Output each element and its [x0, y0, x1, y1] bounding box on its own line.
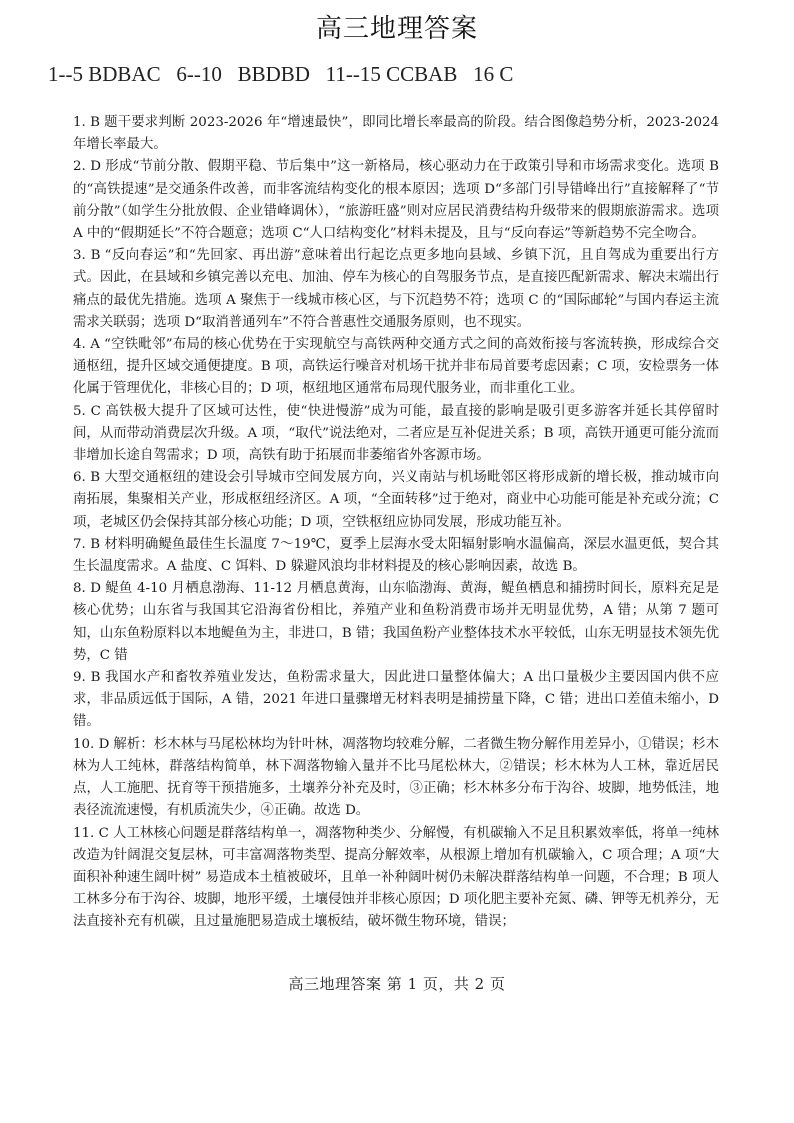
- explanation-label: 9. B: [73, 670, 100, 685]
- page-title: 高三地理答案: [0, 8, 794, 45]
- explanation-9: 9. B我国水产和畜牧养殖业发达，鱼粉需求量大，因此进口量整体偏大；A 出口量极…: [73, 667, 719, 734]
- explanation-text: 高铁极大提升了区域可达性，使“快进慢游”成为可能，最直接的影响是吸引更多游客并延…: [73, 404, 719, 463]
- explanation-8: 8. D鳀鱼 4-10 月栖息渤海、11-12 月栖息黄海，山东临渤海、黄海，鳀…: [73, 578, 719, 667]
- explanation-text: 我国水产和畜牧养殖业发达，鱼粉需求量大，因此进口量整体偏大；A 出口量极少主要因…: [73, 670, 719, 729]
- explanation-3: 3. B“反向春运”和“先回家、再出游”意味着出行起讫点更多地向县域、乡镇下沉，…: [73, 245, 719, 334]
- explanation-11: 11. C人工林核心问题是群落结构单一，凋落物种类少、分解慢，有机碳输入不足且积…: [73, 823, 719, 934]
- explanation-text: 形成“节前分散、假期平稳、节后集中”这一新格局，核心驱动力在于政策引导和市场需求…: [73, 159, 719, 241]
- explanation-label: 11. C: [73, 826, 109, 841]
- explanation-2: 2. D形成“节前分散、假期平稳、节后集中”这一新格局，核心驱动力在于政策引导和…: [73, 156, 719, 245]
- explanation-10: 10. D解析：杉木林与马尾松林均为针叶林，凋落物均较难分解，二者微生物分解作用…: [73, 734, 719, 823]
- answer-key-line: 1--5 BDBAC 6--10 BBDBD 11--15 CCBAB 16 C: [48, 62, 513, 87]
- page-footer: 高三地理答案 第 1 页，共 2 页: [0, 973, 794, 994]
- explanation-label: 10. D: [73, 737, 109, 752]
- explanation-5: 5. C高铁极大提升了区域可达性，使“快进慢游”成为可能，最直接的影响是吸引更多…: [73, 401, 719, 468]
- explanation-text: “空铁毗邻”布局的核心优势在于实现航空与高铁两种交通方式之间的高效衔接与客流转换…: [73, 337, 719, 396]
- explanation-label: 1. B: [73, 115, 100, 130]
- explanation-label: 5. C: [73, 404, 101, 419]
- explanation-text: 鳀鱼 4-10 月栖息渤海、11-12 月栖息黄海，山东临渤海、黄海，鳀鱼栖息和…: [73, 581, 719, 663]
- explanation-text: “反向春运”和“先回家、再出游”意味着出行起讫点更多地向县域、乡镇下沉，且自驾成…: [73, 248, 719, 330]
- explanation-label: 2. D: [73, 159, 101, 174]
- explanation-label: 3. B: [73, 248, 100, 263]
- explanation-1: 1. B题干要求判断 2023-2026 年“增速最快”，即同比增长率最高的阶段…: [73, 112, 719, 156]
- explanation-label: 4. A: [73, 337, 100, 352]
- explanation-text: 题干要求判断 2023-2026 年“增速最快”，即同比增长率最高的阶段。结合图…: [73, 115, 719, 152]
- explanation-6: 6. B大型交通枢纽的建设会引导城市空间发展方向，兴义南站与机场毗邻区将形成新的…: [73, 467, 719, 534]
- explanation-label: 8. D: [73, 581, 101, 596]
- explanation-4: 4. A“空铁毗邻”布局的核心优势在于实现航空与高铁两种交通方式之间的高效衔接与…: [73, 334, 719, 401]
- explanations: 1. B题干要求判断 2023-2026 年“增速最快”，即同比增长率最高的阶段…: [73, 112, 719, 934]
- explanation-text: 人工林核心问题是群落结构单一，凋落物种类少、分解慢，有机碳输入不足且积累效率低，…: [73, 826, 719, 930]
- explanation-text: 解析：杉木林与马尾松林均为针叶林，凋落物均较难分解，二者微生物分解作用差异小，①…: [73, 737, 719, 819]
- explanation-text: 材料明确鳀鱼最佳生长温度 7～19℃，夏季上层海水受太阳辐射影响水温偏高，深层水…: [73, 537, 719, 574]
- explanation-label: 7. B: [73, 537, 100, 552]
- explanation-label: 6. B: [73, 470, 100, 485]
- explanation-7: 7. B材料明确鳀鱼最佳生长温度 7～19℃，夏季上层海水受太阳辐射影响水温偏高…: [73, 534, 719, 578]
- explanation-text: 大型交通枢纽的建设会引导城市空间发展方向，兴义南站与机场毗邻区将形成新的增长极，…: [73, 470, 719, 529]
